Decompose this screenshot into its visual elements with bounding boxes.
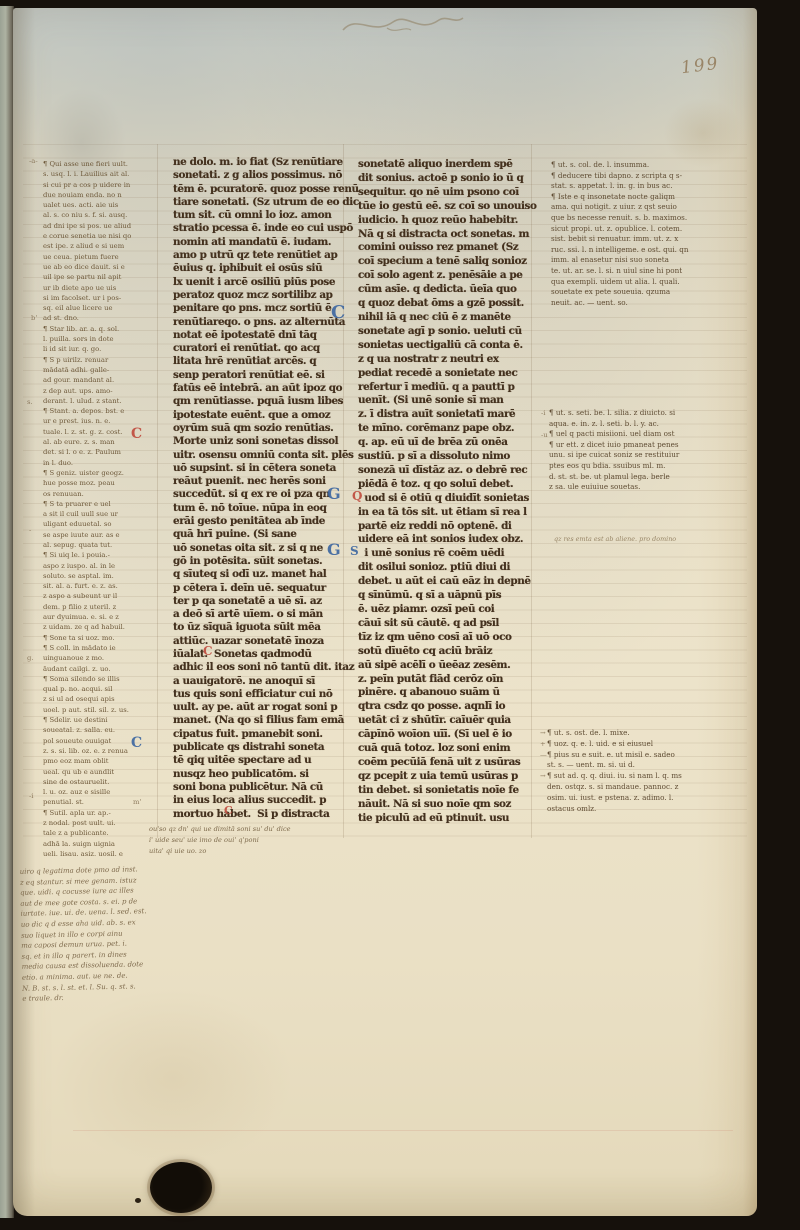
text-line: coī solo agent z. penēsāie a pe xyxy=(358,269,542,283)
text-line: piēdā ē toz. q qo soluī debet. xyxy=(358,478,542,492)
text-line: uitr. osensu omniū conta sit. plēs xyxy=(173,449,353,462)
gloss-line: ¶ Sutil. apla ur. ap.- xyxy=(43,808,175,818)
gloss-line: ad gour. mandant al. xyxy=(43,375,175,385)
gloss-line: ad dni ipe si pos. ue aliud xyxy=(43,221,175,231)
gloss-line: l. u. oz. auz e sisille xyxy=(43,787,175,797)
gloss-line: te. ut. ar. se. l. si. n uiul sine hi po… xyxy=(551,266,777,277)
gloss-line-text: ¶ Star lib. ar. a. q. sol. xyxy=(43,325,119,333)
text-line: refertur ī mediū. q a pauttī p xyxy=(358,381,542,395)
text-line: uō supsint. si in cētera soneta xyxy=(173,462,353,475)
text-line-content: partē eiz reddi nō optenē. di xyxy=(358,520,511,532)
text-line: sotū dīuēto cq aciū brāiz xyxy=(358,645,542,659)
gloss-line-text: aqua. e. in. z. l. seti. b. l. y. ac. xyxy=(549,419,659,428)
text-line-content: nihil iā q nec ciū ē z manēte xyxy=(358,311,511,323)
gloss-line-text: ¶ Sone ta si uoz. mo. xyxy=(43,634,115,642)
text-line: quā hrī puine. (Si sane xyxy=(173,528,353,541)
text-line: gō in potēsita. sūit sonetas. xyxy=(173,555,353,568)
gloss-line-text: āudant cailgi. z. uo. xyxy=(43,665,111,673)
gloss-line-text: ¶ ut. s. seti. be. l. silia. z diuicto. … xyxy=(549,408,675,417)
gloss-line: soueatal. z. salla. eu. xyxy=(43,725,175,735)
margin-tie-mark: b' xyxy=(31,314,37,322)
text-line-content: sonezā uī dīstāz az. o debrē rec xyxy=(358,464,527,476)
gloss-line-text: det. si l. o e. z. Paulum xyxy=(43,448,121,456)
gloss-line: unu. si ipe cuicat soniz se restituiur xyxy=(549,450,777,461)
text-line-content: tūe io gestū eē. sz coī so unouiso xyxy=(358,200,537,212)
text-line-content: z q ua nostratr z neutri ex xyxy=(358,353,499,365)
text-line: iūalat. Sonetas qadmodū xyxy=(173,648,353,661)
gloss-line: ¶ sut ad. q. q. diui. iu. si nam l. q. m… xyxy=(547,771,777,782)
gloss-line-text: ue ceua. pietum fuere xyxy=(43,253,119,261)
gloss-line: derant. l. ulud. z stant. xyxy=(43,396,175,406)
gloss-line: dem. p filio z uteril. z xyxy=(43,602,175,612)
text-line: senp peratori renūtiat eē. si xyxy=(173,369,353,382)
text-line-content: stratio pcessa ē. inde eo cui uspō xyxy=(173,222,353,234)
gloss-line: l. puilla. sors in dote xyxy=(43,334,175,344)
gloss-line: z dep aut. ups. amo- xyxy=(43,386,175,396)
gloss-line-text: a sit il cuil uull sue ur xyxy=(43,510,118,518)
gloss-line: s. usq. l. i. Lauilius ait al. xyxy=(43,169,175,179)
text-line-content: te mīno. corēmanz pape obz. xyxy=(358,422,514,434)
gloss-line-text: ¶ Soma silendo se illis xyxy=(43,675,120,683)
text-line: tē qiq uitēe spectare ad u xyxy=(173,754,353,767)
gloss-line-text: d. st. st. be. ut plamul lega. berle xyxy=(549,472,670,481)
gloss-line-text: se aspe iuute aur. as e xyxy=(43,531,120,539)
gloss-line: os renuuan. xyxy=(43,489,175,499)
cursive-gloss-text: ma caposi demun urua. pet. i. xyxy=(21,940,127,950)
cursive-gloss-text: uo dic q d esse aha uid. ab. s. ex xyxy=(21,918,136,928)
gloss-line: det. si l. o e. z. Paulum xyxy=(43,447,175,457)
bottom-left-cursive-gloss: uiro q legatima dote pmo ad inst.z eq st… xyxy=(20,863,195,1004)
gloss-line: ruc. ssi. l. n intelligeme. e ost. qui. … xyxy=(551,245,777,256)
illuminated-initial: S xyxy=(350,545,359,557)
illuminated-initial: C xyxy=(331,304,345,322)
gloss-line: sine de ostauruelit. xyxy=(43,777,175,787)
gloss-line-text: ¶ Sdelir. ue destini xyxy=(43,716,108,724)
text-line: uetāt ci z shūtīr. caīuēr quia xyxy=(358,714,542,728)
gloss-line: aur dyuimua. e. si. e z xyxy=(43,612,175,622)
text-line: nihil iā q nec ciū ē z manēte xyxy=(358,311,542,325)
text-line: uenīt. (Si unē sonie sī man xyxy=(358,394,542,408)
gloss-line: ¶ S coll. in mādato ie xyxy=(43,643,175,653)
text-line: tūe io gestū eē. sz coī so unouiso xyxy=(358,200,542,214)
gloss-line-text: neuit. ac. — uent. so. xyxy=(551,298,628,307)
gloss-line-text: z sa. ule euiuiue souetas. xyxy=(549,482,640,491)
gloss-line: ue ab eo dice dauit. si e xyxy=(43,262,175,272)
gloss-line: osim. ui. iust. e pstena. z. adimo. l. xyxy=(547,793,777,804)
gloss-line-text: tale z a publicante. xyxy=(43,829,109,837)
text-line-content: curatori ei renūtiat. qo acq xyxy=(173,342,320,354)
text-line: sonezā uī dīstāz az. o debrē rec xyxy=(358,464,542,478)
gloss-line-text: ostacus omlz. xyxy=(547,804,596,813)
text-line: tie piculū ad eū ptinuit. usu xyxy=(358,812,542,826)
text-line: a uauigatorē. ne anoquī sī xyxy=(173,675,353,688)
gloss-line: aqua. e. in. z. l. seti. b. l. y. ac. xyxy=(549,419,777,430)
text-line-content: coī specium a tenē saliq sonioz xyxy=(358,255,527,267)
text-line-content: renūtiareqo. o pns. az alternūta xyxy=(173,316,345,328)
text-line-content: nusqz heo publicatōm. si xyxy=(173,768,309,780)
text-line-content: soni bona publicētur. Nā cū xyxy=(173,781,323,793)
gloss-line: est ipe. z aliud e si uem xyxy=(43,241,175,251)
right-margin-cursive-note: qz res emta est ab aliene. pro domino xyxy=(554,535,789,543)
margin-tie-mark: -a- xyxy=(29,157,38,165)
text-line-content: erāi gesto penitātea ab īnde xyxy=(173,515,325,527)
gloss-line-text: ptes eos qu bdia. ssuibus ml. m. xyxy=(549,461,665,470)
text-line-content: Nā q si distracta oct sonetas. m xyxy=(358,228,529,240)
text-line-content: a deō sī artē uīem. o si mān xyxy=(173,608,323,620)
margin-tie-mark: — xyxy=(540,751,547,759)
text-line: dit osilui sonioz. ptiū diui di xyxy=(358,561,542,575)
gloss-line: pmo eoz mam oblit xyxy=(43,756,175,766)
gloss-line: stat. s. appetat. l. in. g. in bus ac. xyxy=(551,181,777,192)
gloss-line-text: l. puilla. sors in dote xyxy=(43,335,114,343)
photograph-background: 199 ¶ Qui asse une fieri uult.s. usq. l.… xyxy=(0,0,800,1230)
gloss-line-text: ruc. ssi. l. n intelligeme. e ost. qui. … xyxy=(551,245,689,254)
gloss-line: ¶ Iste e q insonetate nocte galiqm xyxy=(551,192,777,203)
text-line-content: uult. ay pe. aūt ar rogat soni p xyxy=(173,701,337,713)
margin-tie-mark: m' xyxy=(133,798,141,806)
gloss-line-text: que bs necesse renuit. s. b. maximos. xyxy=(551,213,687,222)
text-line-content: succedūt. si q ex re oi pza qn xyxy=(173,488,330,500)
text-line-content: publicate qs distrahi soneta xyxy=(173,741,324,753)
gloss-line: in l. duo. xyxy=(43,458,175,468)
text-line-content: coēm pecūiā fenā uit z usūras xyxy=(358,756,520,768)
gloss-line: ¶ deducere tibi dapno. z scripta q s- xyxy=(551,171,777,182)
text-line-content: pinēre. q abanouo suām ū xyxy=(358,686,500,698)
gloss-line-text: ue ab eo dice dauit. si e xyxy=(43,263,125,271)
text-line: manet. (Na qo si filius fam emā xyxy=(173,714,353,727)
gloss-line-text: ¶ pius su e suit. e. ut misil e. sadeo xyxy=(547,750,675,759)
gloss-line-text: ¶ S ta pruarer e uel xyxy=(43,500,111,508)
text-line: aū sipē acēlī o ūeēaz zesēm. xyxy=(358,659,542,673)
gloss-line-text: al. ab eure. z. s. man xyxy=(43,438,115,446)
gloss-line-text: ur ib diete apo ue uis xyxy=(43,284,116,292)
gloss-line: z. s. si. lib. oz. e. z renua xyxy=(43,746,175,756)
text-line: ter p qa sonetatē a uē sī. az xyxy=(173,595,353,608)
gloss-line: due nouiam enda. no n xyxy=(43,190,175,200)
gloss-line-text: ama. qui notigit. z uiur. z qst seuio xyxy=(551,202,677,211)
gloss-line-text: ¶ S coll. in mādato ie xyxy=(43,644,116,652)
gloss-line: li id sit iur. q. go. xyxy=(43,344,175,354)
gloss-line: z uidam. ze q ad habuil. xyxy=(43,622,175,632)
gloss-line: e corue senetia ue nisi qo xyxy=(43,231,175,241)
gloss-line: al. ab eure. z. s. man xyxy=(43,437,175,447)
gloss-line-text: due nouiam enda. no n xyxy=(43,191,122,199)
gloss-line-text: s. usq. l. i. Lauilius ait al. xyxy=(43,170,129,178)
cursive-gloss-text: e traule. dr. xyxy=(22,994,63,1003)
gloss-line: sicut propi. ut. z. opublice. l. cotem. xyxy=(551,224,777,235)
stain xyxy=(53,988,293,1168)
gloss-line-text: penutial. st. xyxy=(43,798,84,806)
gloss-line-text: sit. al. a. furt. e. z. as. xyxy=(43,582,118,590)
gloss-line-text: ¶ ut. s. col. de. l. insumma. xyxy=(551,160,649,169)
illuminated-initial: C xyxy=(203,645,213,657)
text-line-content: gō in potēsita. sūit sonetas. xyxy=(173,555,322,567)
text-line-content: dit osilui sonioz. ptiū diui di xyxy=(358,561,510,573)
gloss-line-text: z. s. si. lib. oz. e. z renua xyxy=(43,747,128,755)
text-line-content: ne dolo. m. io fiat (Sz renūtiare xyxy=(173,156,343,168)
text-line: p cētera ī. deīn uē. sequatur xyxy=(173,582,353,595)
gloss-line-text: ¶ uoz. q. e. l. uid. e si eiusuel xyxy=(547,739,653,748)
text-line-content: sequitur. qo nē uim psono coī xyxy=(358,186,519,198)
illuminated-initial: Q xyxy=(352,490,362,502)
text-line: q sīnūmū. q sī a uāpnū pīs xyxy=(358,589,542,603)
text-line-content: quā hrī puine. (Si sane xyxy=(173,528,296,540)
gloss-line-text: te. ut. ar. se. l. si. n uiul sine hi po… xyxy=(551,266,682,275)
text-line-content: uō supsint. si in cētera soneta xyxy=(173,462,336,474)
text-line-content: q sīnūmū. q sī a uāpnū pīs xyxy=(358,589,501,601)
text-line-content: ēuius q. iphibuit ei osūs siū xyxy=(173,262,322,274)
gloss-line-text: st. s. — uent. m. si. ui d. xyxy=(547,760,635,769)
text-line-content: tiare sonetati. (Sz utrum de eo dic xyxy=(173,196,359,208)
text-line-content: cūm asīe. q dedicta. ūeīa quo xyxy=(358,283,517,295)
margin-tie-mark: s. xyxy=(27,398,33,406)
gloss-line: d. st. st. be. ut plamul lega. berle xyxy=(549,472,777,483)
gloss-line: imm. al enasetur nisi suo soneta xyxy=(551,255,777,266)
text-line: notat eē ipotestatē dnī tāq xyxy=(173,329,353,342)
text-line-content: uidere eā int sonios iudex obz. xyxy=(358,533,523,545)
gloss-line-text: si cui pr a cos p uidere in xyxy=(43,181,130,189)
text-line-content: a uauigatorē. ne anoquī sī xyxy=(173,675,315,687)
gloss-line: ¶ uoz. q. e. l. uid. e si eiusuel xyxy=(547,739,777,750)
text-line: fatūs eē intebrā. an aūt ipoz qo xyxy=(173,382,353,395)
text-line-content: to ūz sīquā iguota sūit mēa xyxy=(173,621,321,633)
gloss-line-text: unu. si ipe cuicat soniz se restituiur xyxy=(549,450,679,459)
cursive-gloss-text: etio. a minima. aut. ue ne. de. xyxy=(22,972,128,982)
text-line: oyrūm suā qm sozio renūtias. xyxy=(173,422,353,435)
text-line-content: uetāt ci z shūtīr. caīuēr quia xyxy=(358,714,511,726)
text-line-content: tum ē. nō toīue. nūpa in eoq xyxy=(173,502,326,514)
illuminated-initial: G xyxy=(327,486,341,502)
gloss-line: mādatā adhi. galle- xyxy=(43,365,175,375)
gloss-line-text: l. u. oz. auz e sisille xyxy=(43,788,110,796)
margin-tie-mark: -u xyxy=(541,431,548,439)
gloss-line-text: sist. bebit si renuatur. imm. ut. z. x xyxy=(551,234,678,243)
cursive-gloss-text: z eq stantur. si mee genam. istuz xyxy=(20,876,137,886)
text-line: succedūt. si q ex re oi pza qn xyxy=(173,488,353,501)
text-line-content: reāut puenit. nec herēs soni xyxy=(173,475,326,487)
text-line-content: piēdā ē toz. q qo soluī debet. xyxy=(358,478,513,490)
text-line: to ūz sīquā iguota sūit mēa xyxy=(173,621,353,634)
gloss-line-text: imm. al enasetur nisi suo soneta xyxy=(551,255,669,264)
gloss-line-text: in l. duo. xyxy=(43,459,73,467)
gloss-line-text: est ipe. z aliud e si uem xyxy=(43,242,124,250)
text-line: qm renūtiasse. pquā iusm libes xyxy=(173,395,353,408)
text-line: tīz iz qm uēno cosī aī uō oco xyxy=(358,631,542,645)
text-line: qz pcepit z uia temū usūras p xyxy=(358,770,542,784)
gloss-line-text: z si ul ad osequi apis xyxy=(43,695,115,703)
cursive-note-text: uita' qi uie uo. zo xyxy=(149,847,206,855)
gloss-line-text: ¶ Stant. a. depos. bst. e xyxy=(43,407,124,415)
gloss-line-text: z nodal. post uult. ui. xyxy=(43,819,116,827)
text-line-content: cuā quā totoz. loz soni enim xyxy=(358,742,510,754)
parchment-speck xyxy=(135,1198,141,1203)
gloss-line-text: adhā la. suign uignia xyxy=(43,840,115,848)
gloss-line: ¶ Soma silendo se illis xyxy=(43,674,175,684)
text-line-content: comini ouisso rez pmanet (Sz xyxy=(358,241,518,253)
text-line-content: in eius loca alius succedit. p xyxy=(173,794,326,806)
gloss-line-text: li id sit iur. q. go. xyxy=(43,345,101,353)
cursive-gloss-line: e traule. dr. xyxy=(22,990,194,1004)
text-line: tum sit. cū omni lo ioz. amon xyxy=(173,209,353,222)
text-line-content: aū sipē acēlī o ūeēaz zesēm. xyxy=(358,659,510,671)
text-line-content: sustiū. p sī a dissoluto nimo xyxy=(358,450,510,462)
gloss-line-text: ueal. qu ub e aundlit xyxy=(43,768,114,776)
text-line: uidere eā int sonios iudex obz. xyxy=(358,533,542,547)
gloss-line-text: ur e prest. ius. n. e. xyxy=(43,417,110,425)
gloss-line: ¶ S p uirilz. renuar xyxy=(43,355,175,365)
text-line-content: amo p utrū qz tete renūtiet ap xyxy=(173,249,337,261)
gloss-line: al. sepug. quata tut. xyxy=(43,540,175,550)
text-line-content: notat eē ipotestatē dnī tāq xyxy=(173,329,317,341)
text-line: cāpīnō woīon uīī. (Sī uel ē io xyxy=(358,728,542,742)
main-text-column-2: sonetatē aliquo inerdem spēdit sonius. a… xyxy=(358,158,542,826)
cursive-note-line: ou'so qz dn' qui ue dimitā soni su' du' … xyxy=(149,824,354,835)
text-line-content: sonetatē aliquo inerdem spē xyxy=(358,158,513,170)
gloss-line: penutial. st. xyxy=(43,797,175,807)
gloss-line: ptes eos qu bdia. ssuibus ml. m. xyxy=(549,461,777,472)
text-line: soni bona publicētur. Nā cū xyxy=(173,781,353,794)
text-line-content: in ea tā tōs sit. ut ētiam sī rea l xyxy=(358,506,527,518)
text-line: nomin ati mandatū ē. iudam. xyxy=(173,236,353,249)
text-line-content: tēm ē. pcuratorē. quoz posse renū xyxy=(173,183,359,195)
gloss-line-text: aspo z iuspo. al. in le xyxy=(43,562,115,570)
text-line-content: coī solo agent z. penēsāie a pe xyxy=(358,269,522,281)
text-line: nāuit. Nā si suo noīe qm soz xyxy=(358,798,542,812)
text-line: a deō sī artē uīem. o si mān xyxy=(173,608,353,621)
text-line: adhic il eos soni nō tantū dit. itaz xyxy=(173,661,353,674)
gloss-line: pol soueute ouuigat xyxy=(43,736,175,746)
gloss-line: sist. bebit si renuatur. imm. ut. z. x xyxy=(551,234,777,245)
text-line: nusqz heo publicatōm. si xyxy=(173,768,353,781)
gloss-line: ¶ ut. s. ost. de. l. mixe. xyxy=(547,728,777,739)
text-line: coēm pecūiā fenā uit z usūras xyxy=(358,756,542,770)
text-line-content: nāuit. Nā si suo noīe qm soz xyxy=(358,798,511,810)
text-line-content: uitr. osensu omniū conta sit. plēs xyxy=(173,449,354,461)
text-line: cāuī sit sū cāutē. q ad psīl xyxy=(358,617,542,631)
gloss-line-text: ¶ uel q pacti misiioni. uel diam ost xyxy=(549,429,674,438)
gloss-line: āudant cailgi. z. uo. xyxy=(43,664,175,674)
gloss-line-text: soueatal. z. salla. eu. xyxy=(43,726,115,734)
text-line-content: qm renūtiasse. pquā iusm libes xyxy=(173,395,343,407)
text-line: uod si ē otiū q diuidīt sonietas xyxy=(358,492,542,506)
text-line-content: cāpīnō woīon uīī. (Sī uel ē io xyxy=(358,728,512,740)
text-line: sonetatē aliquo inerdem spē xyxy=(358,158,542,172)
text-line-content: ter p qa sonetatē a uē sī. az xyxy=(173,595,322,607)
text-line-content: iūalat. Sonetas qadmodū xyxy=(173,648,312,660)
gloss-line: ¶ ut. s. seti. be. l. silia. z diuicto. … xyxy=(549,408,777,419)
cursive-gloss-text: media causa est dissoluenda. dote xyxy=(22,961,144,972)
gloss-line: qual p. no. acqui. sil xyxy=(43,684,175,694)
gloss-line: sq. eil alue licere ue xyxy=(43,303,175,313)
gloss-line-text: ueli. lisau. asiz. uosil. e xyxy=(43,850,123,858)
gloss-line-text: ¶ Sutil. apla ur. ap.- xyxy=(43,809,111,817)
gloss-line-text: z dep aut. ups. amo- xyxy=(43,387,113,395)
text-line: comini ouisso rez pmanet (Sz xyxy=(358,241,542,255)
text-line: ne dolo. m. io fiat (Sz renūtiare xyxy=(173,156,353,169)
gloss-line: st. s. — uent. m. si. ui d. xyxy=(547,760,777,771)
gloss-line: den. ostqz. s. si mandaue. pannoc. z xyxy=(547,782,777,793)
text-line-content: q. ap. eū uī de brēa zū onēa xyxy=(358,436,508,448)
cursive-gloss-text: suo liquet in illo e corpi ainu xyxy=(21,929,123,939)
gloss-line-text: sine de ostauruelit. xyxy=(43,778,109,786)
gloss-line-text: souetate ex pete soueuia. qzuma xyxy=(551,287,670,296)
manuscript-page: 199 ¶ Qui asse une fieri uult.s. usq. l.… xyxy=(13,8,757,1216)
gloss-line-text: qual p. no. acqui. sil xyxy=(43,685,112,693)
text-line-content: qz pcepit z uia temū usūras p xyxy=(358,770,518,782)
text-line-content: iudicio. h quoz reūo habebitr. xyxy=(358,214,518,226)
gloss-line: al. s. co niu s. f. si. ausq. xyxy=(43,210,175,220)
gloss-line-text: ad gour. mandant al. xyxy=(43,376,114,384)
gloss-line: ur e prest. ius. n. e. xyxy=(43,416,175,426)
gloss-line: soluto. se asptal. im. xyxy=(43,571,175,581)
text-line: in ea tā tōs sit. ut ētiam sī rea l xyxy=(358,506,542,520)
gloss-line: souetate ex pete soueuia. qzuma xyxy=(551,287,777,298)
gloss-line-text: ¶ S geniz. uister geogz. xyxy=(43,469,124,477)
gloss-line: se aspe iuute aur. as e xyxy=(43,530,175,540)
text-line: in eius loca alius succedit. p xyxy=(173,794,353,807)
gloss-line: ¶ S ta pruarer e uel xyxy=(43,499,175,509)
scratch-line xyxy=(73,1130,733,1131)
parchment-hole xyxy=(150,1162,212,1213)
gloss-line: ¶ Star lib. ar. a. q. sol. xyxy=(43,324,175,334)
right-gloss-block-top: ¶ ut. s. col. de. l. insumma.¶ deducere … xyxy=(551,160,777,308)
text-line: dit sonius. actoē p sonio io ū q xyxy=(358,172,542,186)
gloss-line-text: mādatā adhi. galle- xyxy=(43,366,109,374)
gloss-line-text: osim. ui. iust. e pstena. z. adimo. l. xyxy=(547,793,673,802)
text-line-content: litata hrē renūtiat arcēs. q xyxy=(173,355,316,367)
gloss-line: sit. al. a. furt. e. z. as. xyxy=(43,581,175,591)
text-line-content: tin debet. si sonietatis noīe fe xyxy=(358,784,519,796)
gloss-line: uil ipe se partu nil apit xyxy=(43,272,175,282)
cursive-gloss-text: N. B. st. s. l. st. et. l. Su. q. st. s. xyxy=(22,982,136,992)
text-line: tēm ē. pcuratorē. quoz posse renū xyxy=(173,183,353,196)
text-line-content: sotū dīuēto cq aciū brāiz xyxy=(358,645,492,657)
text-line-content: cāuī sit sū cāutē. q ad psīl xyxy=(358,617,499,629)
text-line: z q ua nostratr z neutri ex xyxy=(358,353,542,367)
gloss-line-text: tuale. l. z. st. g. z. cost. xyxy=(43,428,122,436)
text-line: renūtiareqo. o pns. az alternūta xyxy=(173,316,353,329)
gloss-line-text: al. s. co niu s. f. si. ausq. xyxy=(43,211,127,219)
gloss-line-text: dem. p filio z uteril. z xyxy=(43,603,116,611)
right-gloss-block-middle: ¶ ut. s. seti. be. l. silia. z diuicto. … xyxy=(549,408,777,493)
text-line: q. ap. eū uī de brēa zū onēa xyxy=(358,436,542,450)
illuminated-initial: C xyxy=(224,805,233,816)
text-line: tin debet. si sonietatis noīe fe xyxy=(358,784,542,798)
gloss-line: uoel. p aut. stil. sil. z. us. xyxy=(43,705,175,715)
gloss-line: si cui pr a cos p uidere in xyxy=(43,180,175,190)
text-line: pinēre. q abanouo suām ū xyxy=(358,686,542,700)
gloss-line-text: uil ipe se partu nil apit xyxy=(43,273,121,281)
gloss-line-text: si im facolset. ur i pos- xyxy=(43,294,121,302)
text-line-content: penitare qo pns. mcz sortiū ē xyxy=(173,302,331,314)
text-line: lx uenit i arcē osiliū piūs pose xyxy=(173,276,353,289)
cursive-note-line: uita' qi uie uo. zo xyxy=(149,846,354,857)
text-line: tum ē. nō toīue. nūpa in eoq xyxy=(173,502,353,515)
gloss-line: ¶ Si uiq le. i pouia.- xyxy=(43,550,175,560)
text-line-content: tum sit. cū omni lo ioz. amon xyxy=(173,209,331,221)
text-line: amo p utrū qz tete renūtiet ap xyxy=(173,249,353,262)
text-line: te mīno. corēmanz pape obz. xyxy=(358,422,542,436)
gloss-line: que bs necesse renuit. s. b. maximos. xyxy=(551,213,777,224)
gloss-line-text: ¶ ur ett. z dicet iuio pmaneat penes xyxy=(549,440,679,449)
text-line-content: z. ī distra auīt sonietatī marē xyxy=(358,408,515,420)
gloss-line: aspo z iuspo. al. in le xyxy=(43,561,175,571)
text-line: curatori ei renūtiat. qo acq xyxy=(173,342,353,355)
gloss-line: si im facolset. ur i pos- xyxy=(43,293,175,303)
text-line: cipatus fuit. pmanebit soni. xyxy=(173,728,353,741)
gloss-line-text: aur dyuimua. e. si. e z xyxy=(43,613,119,621)
margin-tie-mark: -i xyxy=(541,409,545,417)
